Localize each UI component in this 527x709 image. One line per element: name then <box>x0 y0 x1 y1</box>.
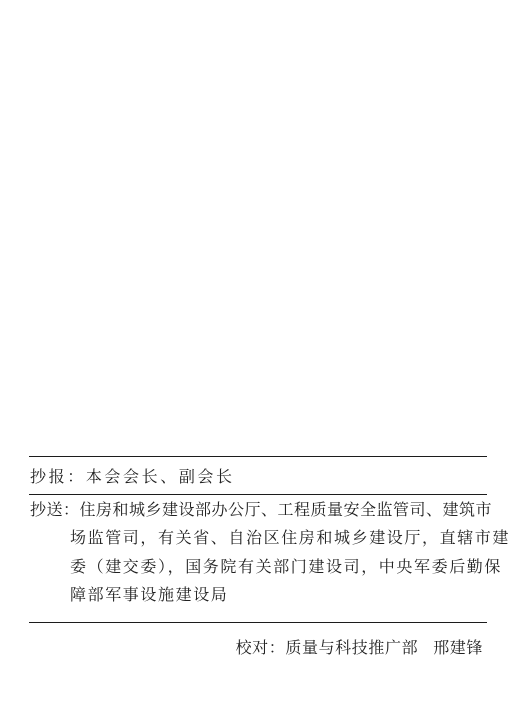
divider-bottom <box>29 622 487 623</box>
cc-send-line-1: 抄送：住房和城乡建设部办公厅、工程质量安全监管司、建筑市 <box>30 496 500 524</box>
proofread-line: 校对：质量与科技推广部邢建锋 <box>236 639 483 657</box>
proofread-label: 校对： <box>236 638 286 657</box>
cc-report-content: 本会会长、副会长 <box>86 467 235 486</box>
document-page: 抄报：本会会长、副会长 抄送：住房和城乡建设部办公厅、工程质量安全监管司、建筑市… <box>0 0 527 709</box>
cc-report-line: 抄报：本会会长、副会长 <box>30 467 235 487</box>
cc-report-label: 抄报： <box>30 467 86 486</box>
proofread-name: 邢建锋 <box>433 638 483 657</box>
cc-send-line-2: 场监管司，有关省、自治区住房和城乡建设厅，直辖市建 <box>30 524 500 552</box>
cc-send-label: 抄送： <box>30 500 80 519</box>
cc-send-line-1-text: 住房和城乡建设部办公厅、工程质量安全监管司、建筑市 <box>80 500 493 519</box>
cc-send-line-3: 委（建交委），国务院有关部门建设司，中央军委后勤保 <box>30 553 500 581</box>
cc-send-block: 抄送：住房和城乡建设部办公厅、工程质量安全监管司、建筑市 场监管司，有关省、自治… <box>30 496 500 610</box>
divider-top <box>29 456 487 457</box>
cc-send-line-4: 障部军事设施建设局 <box>30 581 500 609</box>
proofread-department: 质量与科技推广部 <box>285 638 418 657</box>
